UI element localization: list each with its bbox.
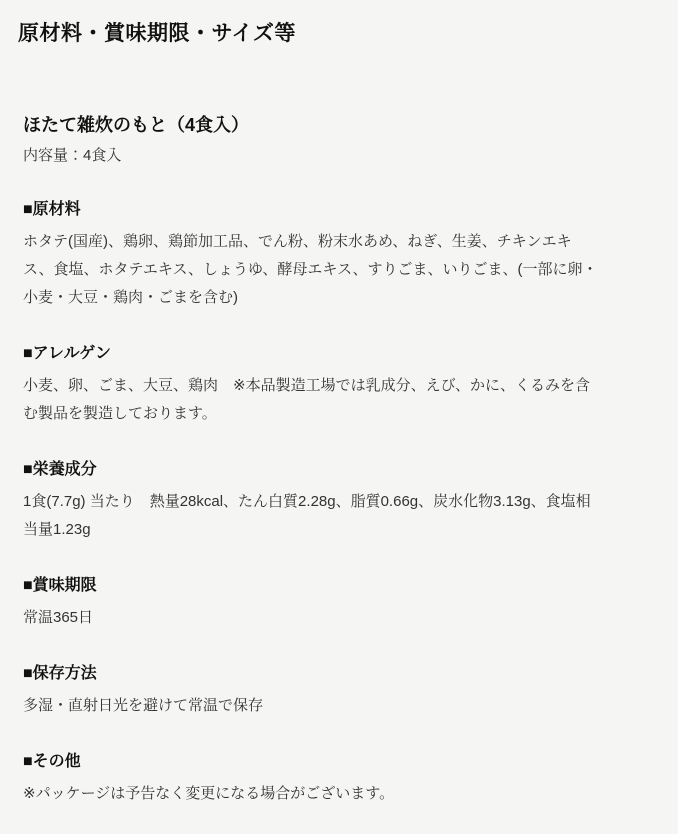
section-heading-shelf-life: ■賞味期限 bbox=[23, 574, 660, 598]
section-heading-ingredients: ■原材料 bbox=[23, 198, 660, 222]
section-body-other: ※パッケージは予告なく変更になる場合がございます。 bbox=[23, 780, 660, 808]
section-body-shelf-life: 常温365日 bbox=[23, 604, 660, 632]
product-details: ほたて雑炊のもと（4食入） 内容量：4食入 ■原材料 ホタテ(国産)、鶏卵、鶏節… bbox=[23, 112, 660, 808]
section-body-allergens: 小麦、卵、ごま、大豆、鶏肉 ※本品製造工場では乳成分、えび、かに、くるみを含 む… bbox=[23, 372, 660, 428]
section-heading-nutrition: ■栄養成分 bbox=[23, 458, 660, 482]
section-heading-other: ■その他 bbox=[23, 750, 660, 774]
section-allergens: ■アレルゲン 小麦、卵、ごま、大豆、鶏肉 ※本品製造工場では乳成分、えび、かに、… bbox=[23, 342, 660, 428]
section-shelf-life: ■賞味期限 常温365日 bbox=[23, 574, 660, 632]
section-body-storage: 多湿・直射日光を避けて常温で保存 bbox=[23, 692, 660, 720]
section-body-nutrition: 1食(7.7g) 当たり 熱量28kcal、たん白質2.28g、脂質0.66g、… bbox=[23, 488, 660, 544]
section-body-ingredients: ホタテ(国産)、鶏卵、鶏節加工品、でん粉、粉末水あめ、ねぎ、生姜、チキンエキ ス… bbox=[23, 228, 660, 312]
section-heading-allergens: ■アレルゲン bbox=[23, 342, 660, 366]
section-storage: ■保存方法 多湿・直射日光を避けて常温で保存 bbox=[23, 662, 660, 720]
section-other: ■その他 ※パッケージは予告なく変更になる場合がございます。 bbox=[23, 750, 660, 808]
page-title: 原材料・賞味期限・サイズ等 bbox=[18, 20, 660, 48]
product-volume: 内容量：4食入 bbox=[23, 144, 660, 168]
product-name: ほたて雑炊のもと（4食入） bbox=[23, 112, 660, 138]
section-heading-storage: ■保存方法 bbox=[23, 662, 660, 686]
product-info-page: 原材料・賞味期限・サイズ等 ほたて雑炊のもと（4食入） 内容量：4食入 ■原材料… bbox=[0, 0, 678, 834]
section-nutrition: ■栄養成分 1食(7.7g) 当たり 熱量28kcal、たん白質2.28g、脂質… bbox=[23, 458, 660, 544]
section-ingredients: ■原材料 ホタテ(国産)、鶏卵、鶏節加工品、でん粉、粉末水あめ、ねぎ、生姜、チキ… bbox=[23, 198, 660, 312]
